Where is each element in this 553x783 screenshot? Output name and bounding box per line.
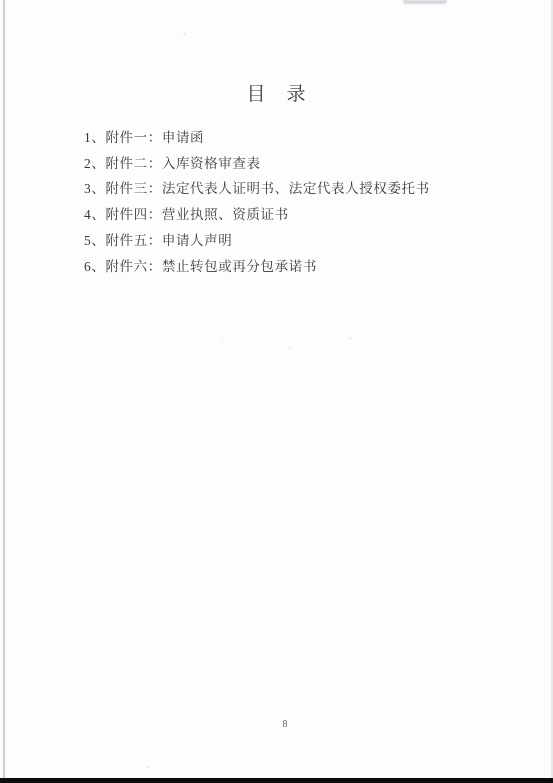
- scan-speck: [183, 33, 186, 35]
- toc-item-2: 2、附件二：入库资格审查表: [84, 151, 523, 177]
- scan-bottom-bar: [0, 778, 553, 783]
- scan-top-smudge: [403, 0, 447, 4]
- scan-speck: [146, 766, 149, 768]
- toc-item-1: 1、附件一：申请函: [84, 125, 523, 151]
- page-number: 8: [0, 719, 553, 730]
- toc-item-4: 4、附件四：营业执照、资质证书: [84, 202, 523, 228]
- scan-edge-left: [3, 0, 5, 778]
- toc-item-5: 5、附件五：申请人声明: [84, 228, 523, 254]
- scan-speck: [288, 347, 292, 350]
- toc-list: 1、附件一：申请函 2、附件二：入库资格审查表 3、附件三：法定代表人证明书、法…: [84, 125, 523, 279]
- scan-speck: [349, 337, 352, 340]
- scan-speck: [222, 340, 225, 342]
- toc-item-6: 6、附件六：禁止转包或再分包承诺书: [84, 254, 523, 280]
- page-title: 目 录: [0, 79, 553, 106]
- document-page: 目 录 1、附件一：申请函 2、附件二：入库资格审查表 3、附件三：法定代表人证…: [0, 0, 553, 783]
- toc-item-3: 3、附件三：法定代表人证明书、法定代表人授权委托书: [84, 176, 523, 202]
